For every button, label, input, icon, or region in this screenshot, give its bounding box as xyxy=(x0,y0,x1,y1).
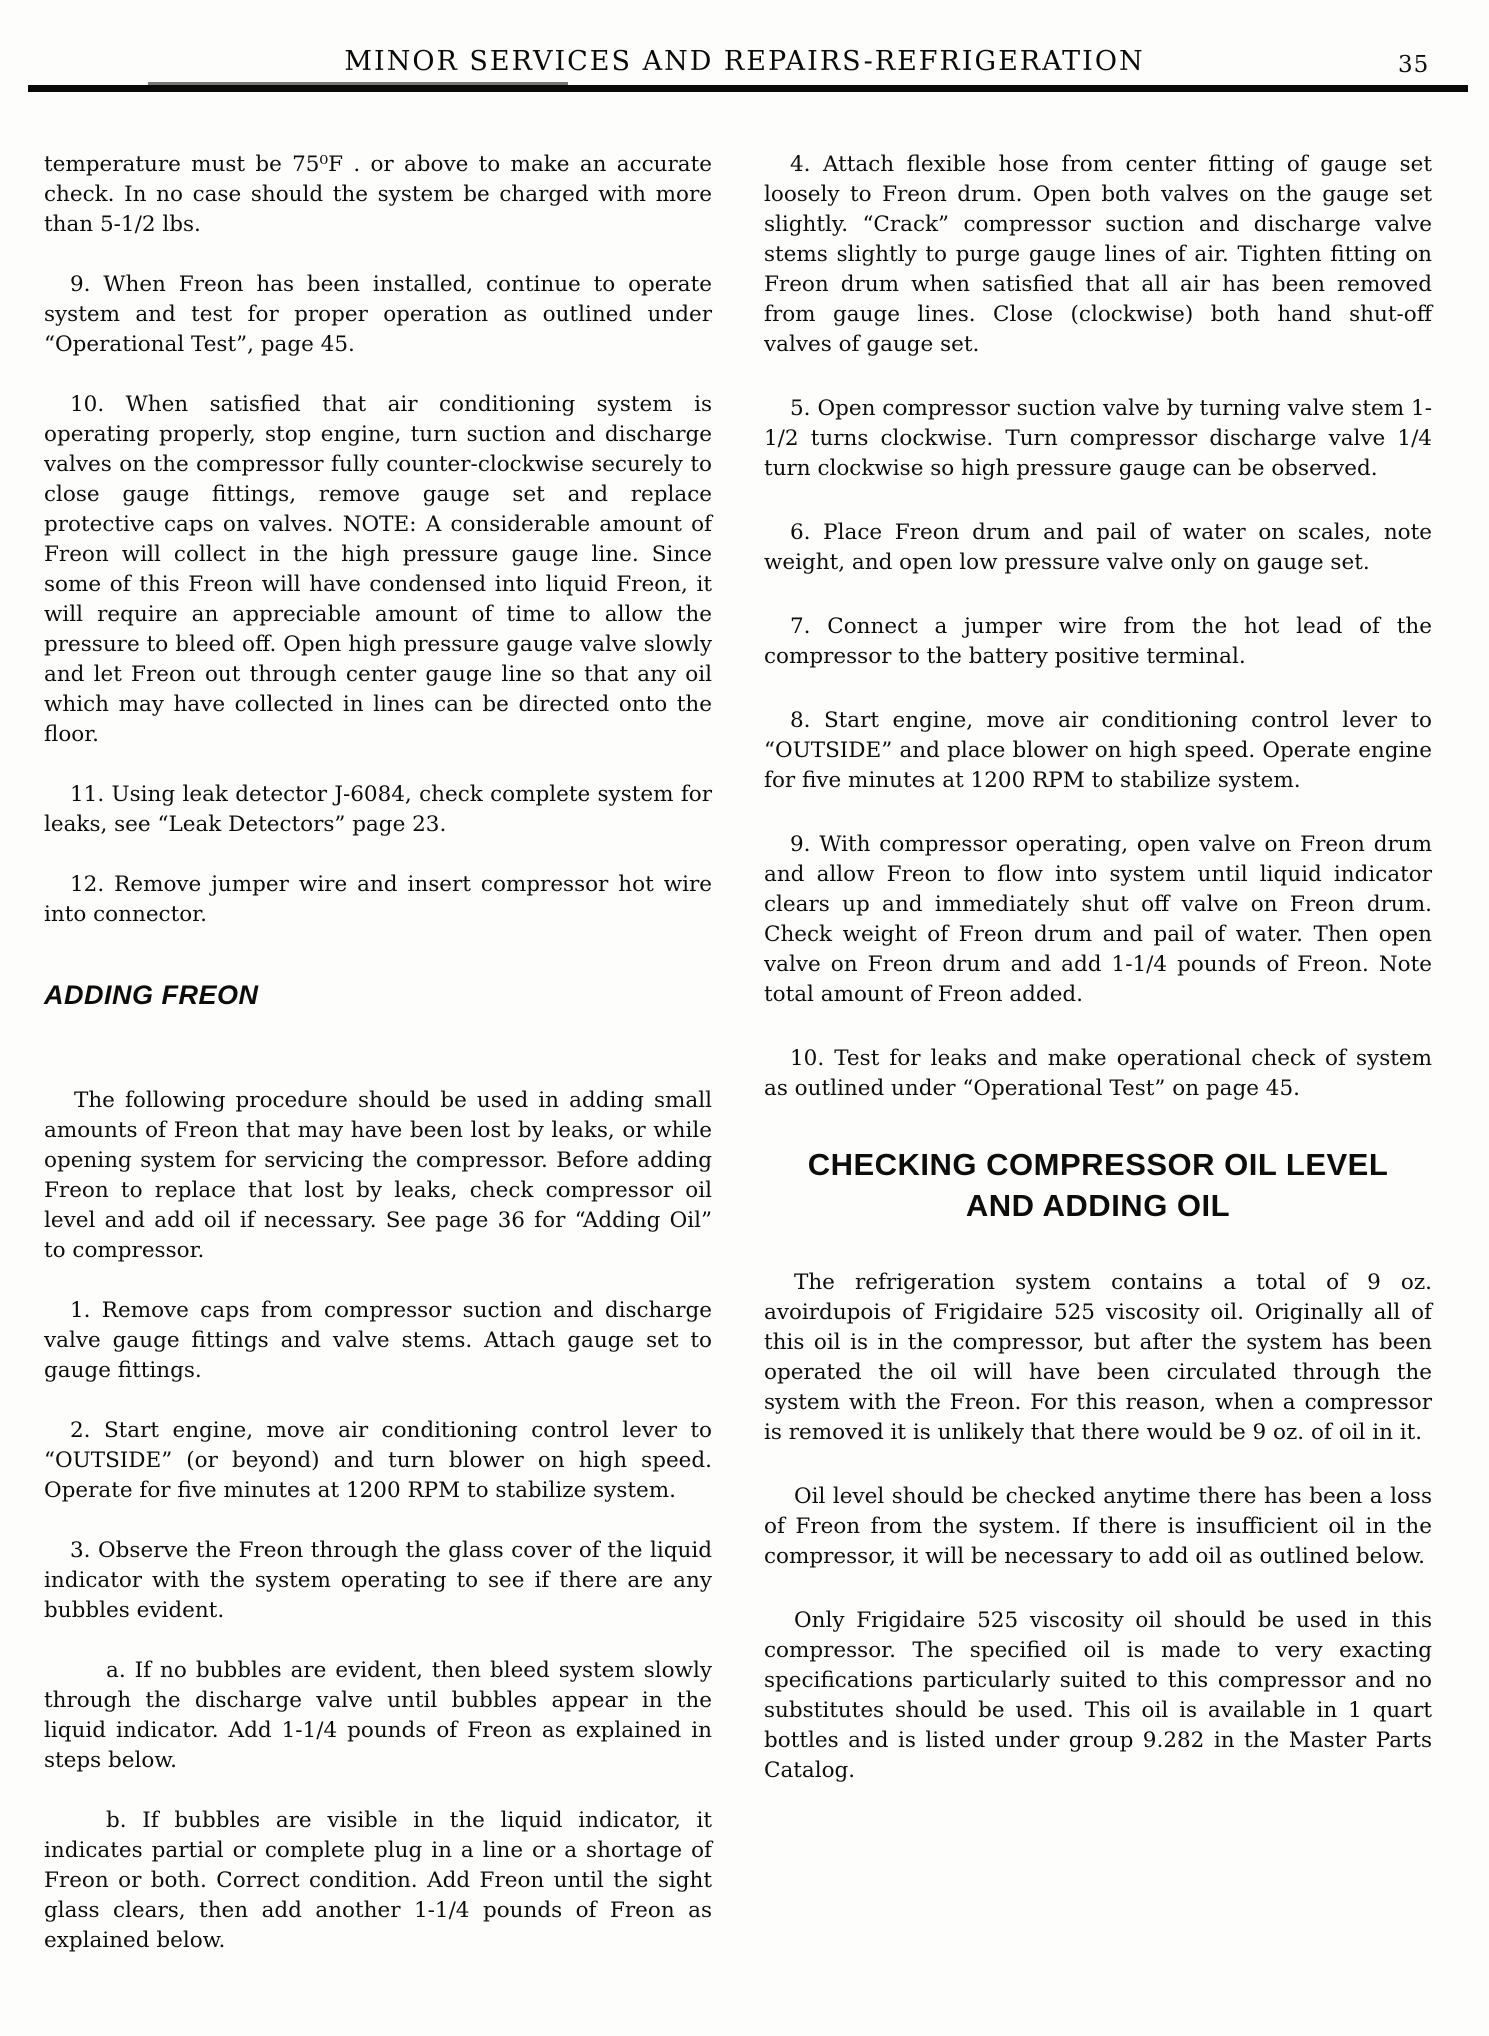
paragraph-refrigeration-system: The refrigeration system contains a tota… xyxy=(764,1268,1432,1448)
step-9: 9. When Freon has been installed, contin… xyxy=(44,270,712,360)
step-8: 8. Start engine, move air conditioning c… xyxy=(764,706,1432,796)
step-1: 1. Remove caps from compressor suction a… xyxy=(44,1296,712,1386)
step-4: 4. Attach flexible hose from center fitt… xyxy=(764,150,1432,360)
left-column: temperature must be 75⁰F . or above to m… xyxy=(44,150,712,1986)
step-11: 11. Using leak detector J-6084, check co… xyxy=(44,780,712,840)
step-2: 2. Start engine, move air conditioning c… xyxy=(44,1416,712,1506)
page-number: 35 xyxy=(1398,52,1429,78)
paragraph-only-frigidaire: Only Frigidaire 525 viscosity oil should… xyxy=(764,1606,1432,1786)
section-heading-checking-oil-line1: CHECKING COMPRESSOR OIL LEVEL xyxy=(764,1144,1432,1185)
section-heading-checking-oil: CHECKING COMPRESSOR OIL LEVEL AND ADDING… xyxy=(764,1144,1432,1226)
step-6: 6. Place Freon drum and pail of water on… xyxy=(764,518,1432,578)
substep-a: a. If no bubbles are evident, then bleed… xyxy=(44,1656,712,1776)
step-12: 12. Remove jumper wire and insert compre… xyxy=(44,870,712,930)
step-5: 5. Open compressor suction valve by turn… xyxy=(764,394,1432,484)
step-10: 10. When satisfied that air conditioning… xyxy=(44,390,712,750)
right-column: 4. Attach flexible hose from center fitt… xyxy=(764,150,1432,1820)
section-heading-adding-freon: ADDING FREON xyxy=(44,980,712,1010)
manual-page: MINOR SERVICES AND REPAIRS-REFRIGERATION… xyxy=(0,0,1489,2036)
step-3: 3. Observe the Freon through the glass c… xyxy=(44,1536,712,1626)
page-title: MINOR SERVICES AND REPAIRS-REFRIGERATION xyxy=(0,46,1489,77)
step-7: 7. Connect a jumper wire from the hot le… xyxy=(764,612,1432,672)
paragraph-following-procedure: The following procedure should be used i… xyxy=(44,1086,712,1266)
substep-b: b. If bubbles are visible in the liquid … xyxy=(44,1806,712,1956)
step-10-right: 10. Test for leaks and make operational … xyxy=(764,1044,1432,1104)
step-9-right: 9. With compressor operating, open valve… xyxy=(764,830,1432,1010)
section-heading-checking-oil-line2: AND ADDING OIL xyxy=(764,1185,1432,1226)
paragraph-intro-continuation: temperature must be 75⁰F . or above to m… xyxy=(44,150,712,240)
paragraph-oil-level: Oil level should be checked anytime ther… xyxy=(764,1482,1432,1572)
header-rule xyxy=(28,85,1468,92)
